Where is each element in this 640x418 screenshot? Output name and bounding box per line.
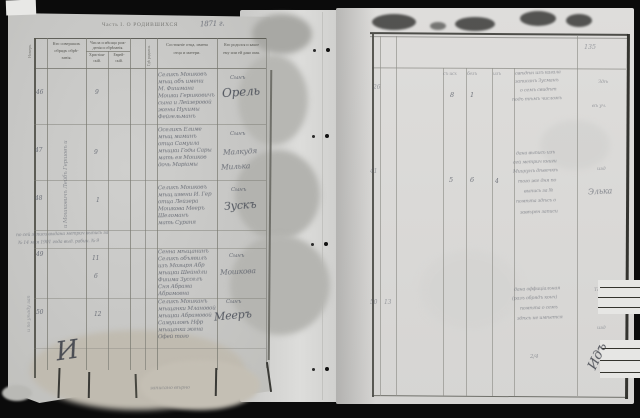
ruled-line xyxy=(598,297,640,298)
entry-numeral: 26 xyxy=(373,85,380,91)
child-entry: Сынъ xyxy=(231,188,246,194)
header-who: занія. xyxy=(47,56,86,60)
col-line xyxy=(514,68,515,396)
row-number: 46 xyxy=(36,90,43,96)
date-numeral: 1 xyxy=(96,198,100,204)
col-line xyxy=(577,36,578,396)
child-entry: Сынъ xyxy=(229,254,244,260)
entry-fraction: 2/4 xyxy=(530,355,538,361)
entry-numeral: 5 xyxy=(449,177,453,184)
entry-script-line: дочь Маріамы xyxy=(158,163,198,169)
vertical-script: и по уѣзду зап xyxy=(27,242,32,332)
col-line xyxy=(130,38,131,370)
col-line xyxy=(108,51,109,370)
entry-numeral: 41 xyxy=(370,169,377,175)
row-number: 50 xyxy=(36,310,43,316)
entry-side-note: изд xyxy=(597,326,606,331)
entry-side-note: изд xyxy=(597,167,606,172)
header-dates: денія и обрѣзанія. xyxy=(85,46,131,50)
date-numeral: 9 xyxy=(94,150,98,156)
torn-edge-hole xyxy=(430,22,446,30)
ruled-line xyxy=(598,307,640,308)
child-entry-name: Малкудя xyxy=(223,147,257,156)
entry-numeral: 6 xyxy=(470,177,474,184)
ruled-line xyxy=(600,372,640,373)
header-where-rotated: Гдѣ родился. xyxy=(148,45,152,66)
bottom-script: записано вѣрно xyxy=(150,386,190,392)
punch-hole xyxy=(325,367,329,371)
entry-side-note: въ уч. xyxy=(592,104,606,109)
child-entry-name: Мееръ xyxy=(214,308,252,322)
entry-script-line: мать Сураня xyxy=(158,221,196,227)
date-numeral: 6 xyxy=(94,274,98,280)
child-entry-name: Зускъ xyxy=(224,199,257,212)
entry-numeral: 8 xyxy=(450,92,454,99)
table-top-border xyxy=(34,38,266,39)
col-line xyxy=(145,38,146,370)
header-sub-christian: Христіан- xyxy=(86,54,108,58)
col-line xyxy=(266,38,267,368)
row-number: 48 xyxy=(35,196,42,202)
entry-script-line: Фейгельманъ xyxy=(158,115,196,121)
punch-hole xyxy=(325,134,329,138)
entry-numeral: 4 xyxy=(495,179,499,185)
child-entry: Сынъ xyxy=(226,300,241,306)
bottom-flourish: И xyxy=(54,337,80,366)
entry-numeral: 50 xyxy=(370,300,377,306)
entry-word: изъ xyxy=(493,73,501,78)
col-line xyxy=(443,68,444,396)
col-line xyxy=(396,36,397,396)
stain xyxy=(252,14,312,54)
col-line xyxy=(466,68,467,396)
col-line xyxy=(492,68,493,396)
row-rule xyxy=(34,248,266,249)
gutter-shadow xyxy=(336,8,376,404)
page-edge-crease xyxy=(322,12,323,400)
header-who: обрядъ обрѣ- xyxy=(47,49,86,53)
entry-word: безъ xyxy=(467,73,477,78)
corner-tab xyxy=(6,0,37,16)
torn-edge-hole xyxy=(566,14,592,27)
stain xyxy=(420,250,520,330)
torn-edge-hole xyxy=(455,17,495,31)
torn-edge-hole xyxy=(520,11,556,26)
table-header-rule xyxy=(34,68,266,69)
punch-hole xyxy=(324,242,328,246)
header-sub-christian: скій. xyxy=(86,60,108,64)
date-numeral: 11 xyxy=(92,256,99,262)
date-numeral: 9 xyxy=(95,90,99,96)
entry-side-name: Элька xyxy=(588,187,613,196)
header-child: ему или ей дано имя. xyxy=(217,51,266,55)
vertical-script: и Мошковичъ Лейбъ Гершовъ и xyxy=(64,78,70,228)
header-who: Кто совершалъ xyxy=(47,42,86,46)
entry-numeral: 13 xyxy=(384,300,391,306)
child-entry: Сынъ xyxy=(230,132,245,138)
child-entry-name: Орель xyxy=(222,85,261,100)
header-parents: Состояніе отца, имена xyxy=(157,43,217,47)
col-line xyxy=(86,38,87,370)
child-entry: Сынъ xyxy=(230,76,245,82)
page-number: 135 xyxy=(584,44,596,51)
header-sub-jewish: Еврей- xyxy=(108,54,130,58)
row-number: 49 xyxy=(36,252,43,258)
punch-hole xyxy=(312,135,315,138)
header-parents: отца и матери. xyxy=(157,51,217,55)
entry-script-line: Офей того xyxy=(158,335,189,341)
scanned-register-spread: Часть I. О РОДИВШИХСЯ 1871 г. Номеръ. Кт… xyxy=(0,0,640,418)
ruled-line xyxy=(600,287,640,288)
header-num-rotated: Номеръ. xyxy=(28,44,32,58)
stain xyxy=(2,385,32,401)
punch-hole xyxy=(311,243,314,246)
date-numeral: 12 xyxy=(94,312,101,318)
punch-hole xyxy=(312,368,315,371)
col-line xyxy=(47,38,48,370)
title-year-script: 1871 г. xyxy=(200,21,225,29)
entry-script-line: выпись за № xyxy=(524,189,553,195)
entry-numeral: 1 xyxy=(470,92,474,99)
punch-hole xyxy=(326,48,330,52)
punch-hole xyxy=(313,49,316,52)
header-child: Кто родился и какое xyxy=(217,43,266,47)
entry-word: съ исх xyxy=(443,73,457,78)
header-sub-jewish: скій. xyxy=(108,60,130,64)
entry-script-line: Абрамовна xyxy=(158,292,189,298)
torn-edge-hole xyxy=(372,14,416,30)
page-title: Часть I. О РОДИВШИХСЯ xyxy=(85,23,195,29)
entry-side-note: Здѣ xyxy=(598,80,608,85)
ruled-line xyxy=(600,360,640,361)
child-entry-name: Мошкова xyxy=(220,267,256,276)
row-number: 47 xyxy=(35,148,42,154)
child-entry-name: Милька xyxy=(221,162,250,171)
